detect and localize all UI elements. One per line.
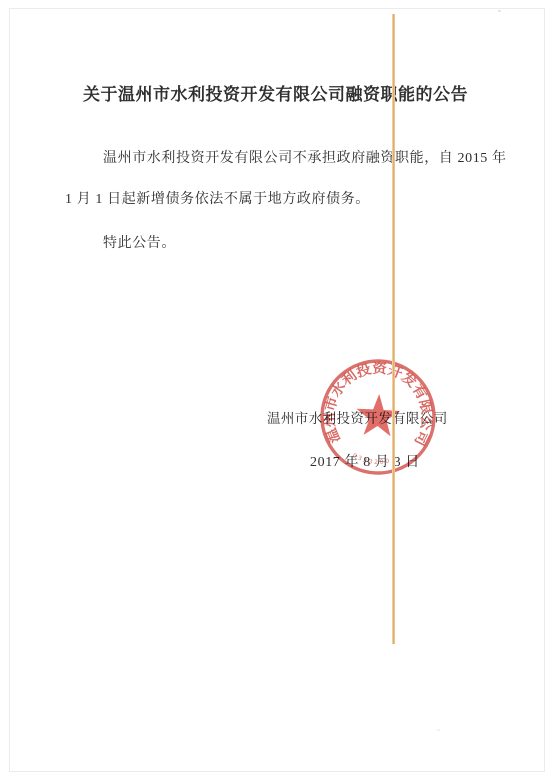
scan-edge-border: [9, 8, 545, 772]
scanned-announcement-page: 关于温州市水利投资开发有限公司融资职能的公告 温州市水利投资开发有限公司不承担政…: [0, 0, 551, 780]
seal-serial-number: 0323280: [351, 452, 393, 467]
scan-speckle: [437, 729, 440, 731]
body-line-3: 特此公告。: [103, 232, 176, 252]
scan-fold-line: [392, 14, 395, 644]
scan-speckle: [498, 10, 501, 12]
svg-text:0323280: 0323280: [351, 452, 393, 467]
body-line-1: 温州市水利投资开发有限公司不承担政府融资职能，自 2015 年: [103, 147, 507, 167]
announcement-title: 关于温州市水利投资开发有限公司融资职能的公告: [0, 80, 551, 105]
body-line-2: 1 月 1 日起新增债务依法不属于地方政府债务。: [65, 188, 370, 208]
official-seal: 温州市水利投资开发有限公司 0323280: [313, 352, 443, 482]
